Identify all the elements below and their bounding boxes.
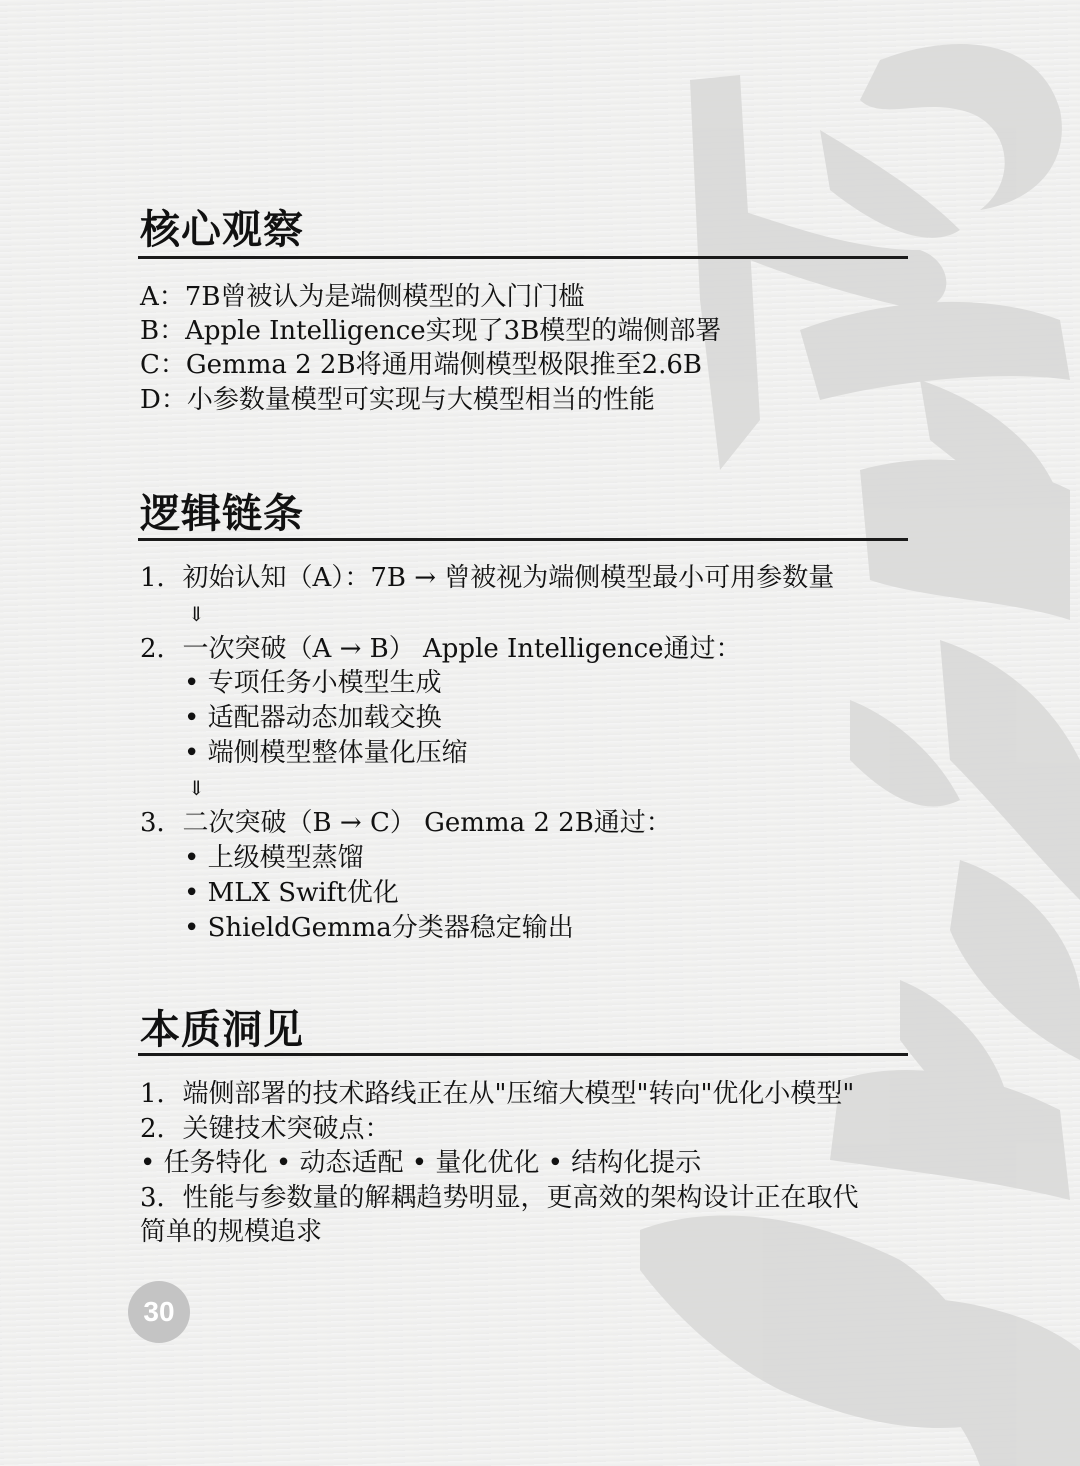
page-number-badge: 30 (128, 1281, 190, 1343)
section-title-observations: 核心观察 (140, 198, 304, 255)
logic-bullet: • ShieldGemma分类器稳定输出 (184, 911, 574, 945)
logic-step: 1．初始认知（A）：7B → 曾被视为端侧模型最小可用参数量 (140, 561, 834, 595)
down-arrow-icon: ⇓ (188, 771, 205, 805)
logic-bullet: • 端侧模型整体量化压缩 (184, 736, 468, 770)
observation-item: D：小参数量模型可实现与大模型相当的性能 (140, 383, 655, 417)
insight-line: 1．端侧部署的技术路线正在从"压缩大模型"转向"优化小模型" (140, 1077, 854, 1111)
insight-line: 2．关键技术突破点： (140, 1112, 391, 1146)
insight-line: • 任务特化 • 动态适配 • 量化优化 • 结构化提示 (140, 1146, 701, 1180)
insight-line: 3．性能与参数量的解耦趋势明显，更高效的架构设计正在取代 (140, 1181, 859, 1215)
section-divider (138, 1053, 908, 1056)
observation-item: C：Gemma 2 2B将通用端侧模型极限推至2.6B (140, 348, 702, 382)
section-title-logic-chain: 逻辑链条 (140, 482, 304, 539)
logic-bullet: • 专项任务小模型生成 (184, 666, 442, 700)
observation-item: B：Apple Intelligence实现了3B模型的端侧部署 (140, 314, 721, 348)
logic-step: 3．二次突破（B → C） Gemma 2 2B通过： (140, 806, 672, 840)
section-divider (138, 256, 908, 259)
section-divider (138, 538, 908, 541)
logic-bullet: • MLX Swift优化 (184, 876, 399, 910)
section-title-insights: 本质洞见 (140, 998, 304, 1055)
down-arrow-icon: ⇓ (188, 597, 205, 631)
insight-line: 简单的规模追求 (140, 1215, 322, 1249)
logic-bullet: • 上级模型蒸馏 (184, 841, 364, 875)
observation-item: A：7B曾被认为是端侧模型的入门门槛 (140, 280, 584, 314)
logic-step: 2．一次突破（A → B） Apple Intelligence通过： (140, 632, 742, 666)
logic-bullet: • 适配器动态加载交换 (184, 701, 442, 735)
